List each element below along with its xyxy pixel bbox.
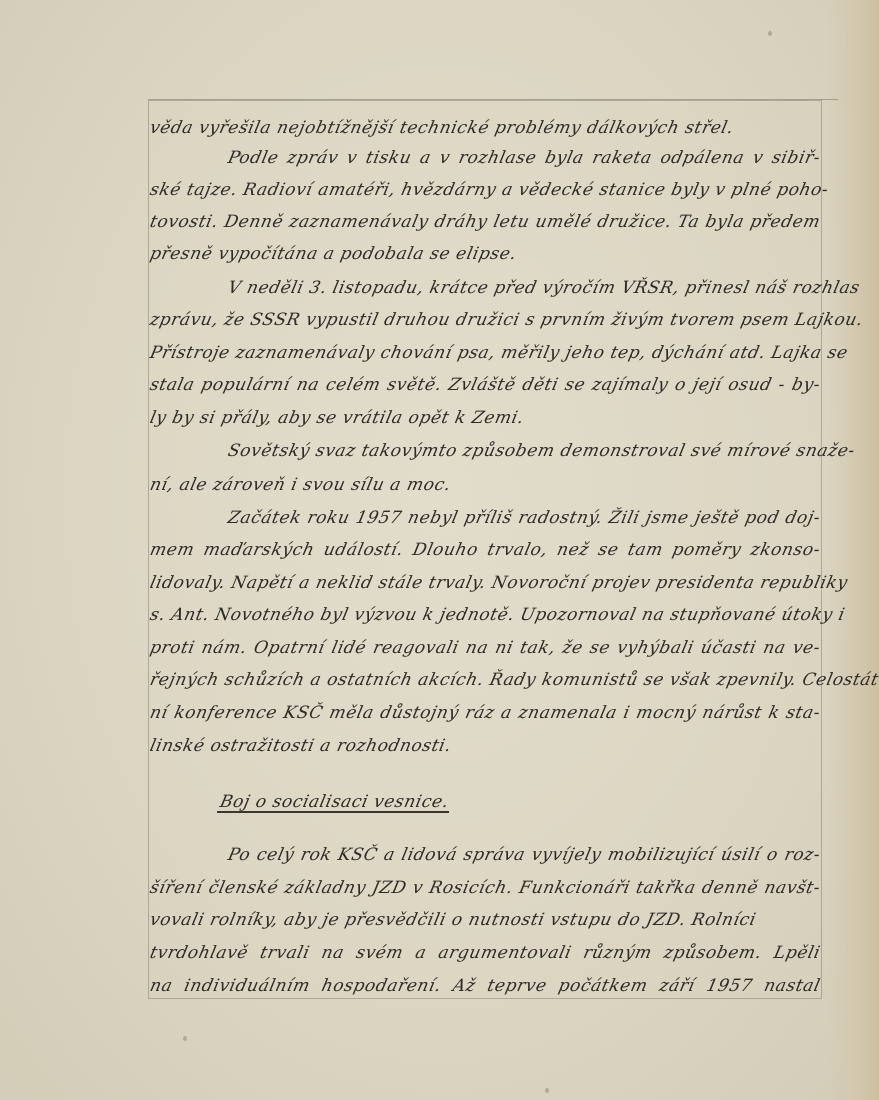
paper-speck [768, 31, 772, 36]
text-line: řejných schůzích a ostatních akcích. Řad… [148, 670, 822, 690]
paper-speck [183, 1036, 187, 1041]
text-line: šíření členské základny JZD v Rosicích. … [148, 878, 822, 898]
text-line: Podle zpráv v tisku a v rozhlase byla ra… [148, 148, 822, 168]
text-line: Po celý rok KSČ a lidová správa vyvíjely… [148, 845, 822, 865]
text-line: ní konference KSČ měla důstojný ráz a zn… [148, 703, 822, 723]
text-line: Sovětský svaz takovýmto způsobem demonst… [148, 441, 822, 461]
page-edge-shadow [827, 0, 879, 1100]
text-line: mem maďarských událostí. Dlouho trvalo, … [148, 540, 822, 560]
text-line: V neděli 3. listopadu, krátce před výroč… [148, 278, 822, 298]
text-line: Začátek roku 1957 nebyl příliš radostný.… [148, 508, 822, 528]
text-line: tvrdohlavě trvali na svém a argumentoval… [148, 943, 822, 963]
section-heading: Boj o socialisaci vesnice. [218, 792, 451, 812]
text-line: proti nám. Opatrní lidé reagovali na ni … [148, 638, 822, 658]
text-line: tovosti. Denně zaznamenávaly dráhy letu … [148, 212, 822, 232]
text-line: vovali rolníky, aby je přesvědčili o nut… [148, 910, 822, 930]
text-line: zprávu, že SSSR vypustil druhou družici … [148, 310, 822, 330]
text-line: ské tajze. Radioví amatéři, hvězdárny a … [148, 180, 822, 200]
text-line: linské ostražitosti a rozhodnosti. [148, 736, 822, 756]
text-line: na individuálním hospodaření. Až teprve … [148, 976, 822, 996]
text-line: stala populární na celém světě. Zvláště … [148, 375, 822, 395]
text-line: věda vyřešila nejobtížnější technické pr… [148, 118, 822, 138]
heading-underline [217, 811, 449, 813]
text-line: ly by si přály, aby se vrátila opět k Ze… [148, 408, 822, 428]
text-line: s. Ant. Novotného byl výzvou k jednotě. … [148, 605, 822, 625]
text-line: přesně vypočítána a podobala se elipse. [148, 244, 822, 264]
text-line: lidovaly. Napětí a neklid stále trvaly. … [148, 573, 822, 593]
text-line: Přístroje zaznamenávaly chování psa, měř… [148, 343, 822, 363]
text-line: ní, ale zároveň i svou sílu a moc. [148, 475, 822, 495]
paper-speck [545, 1088, 549, 1093]
